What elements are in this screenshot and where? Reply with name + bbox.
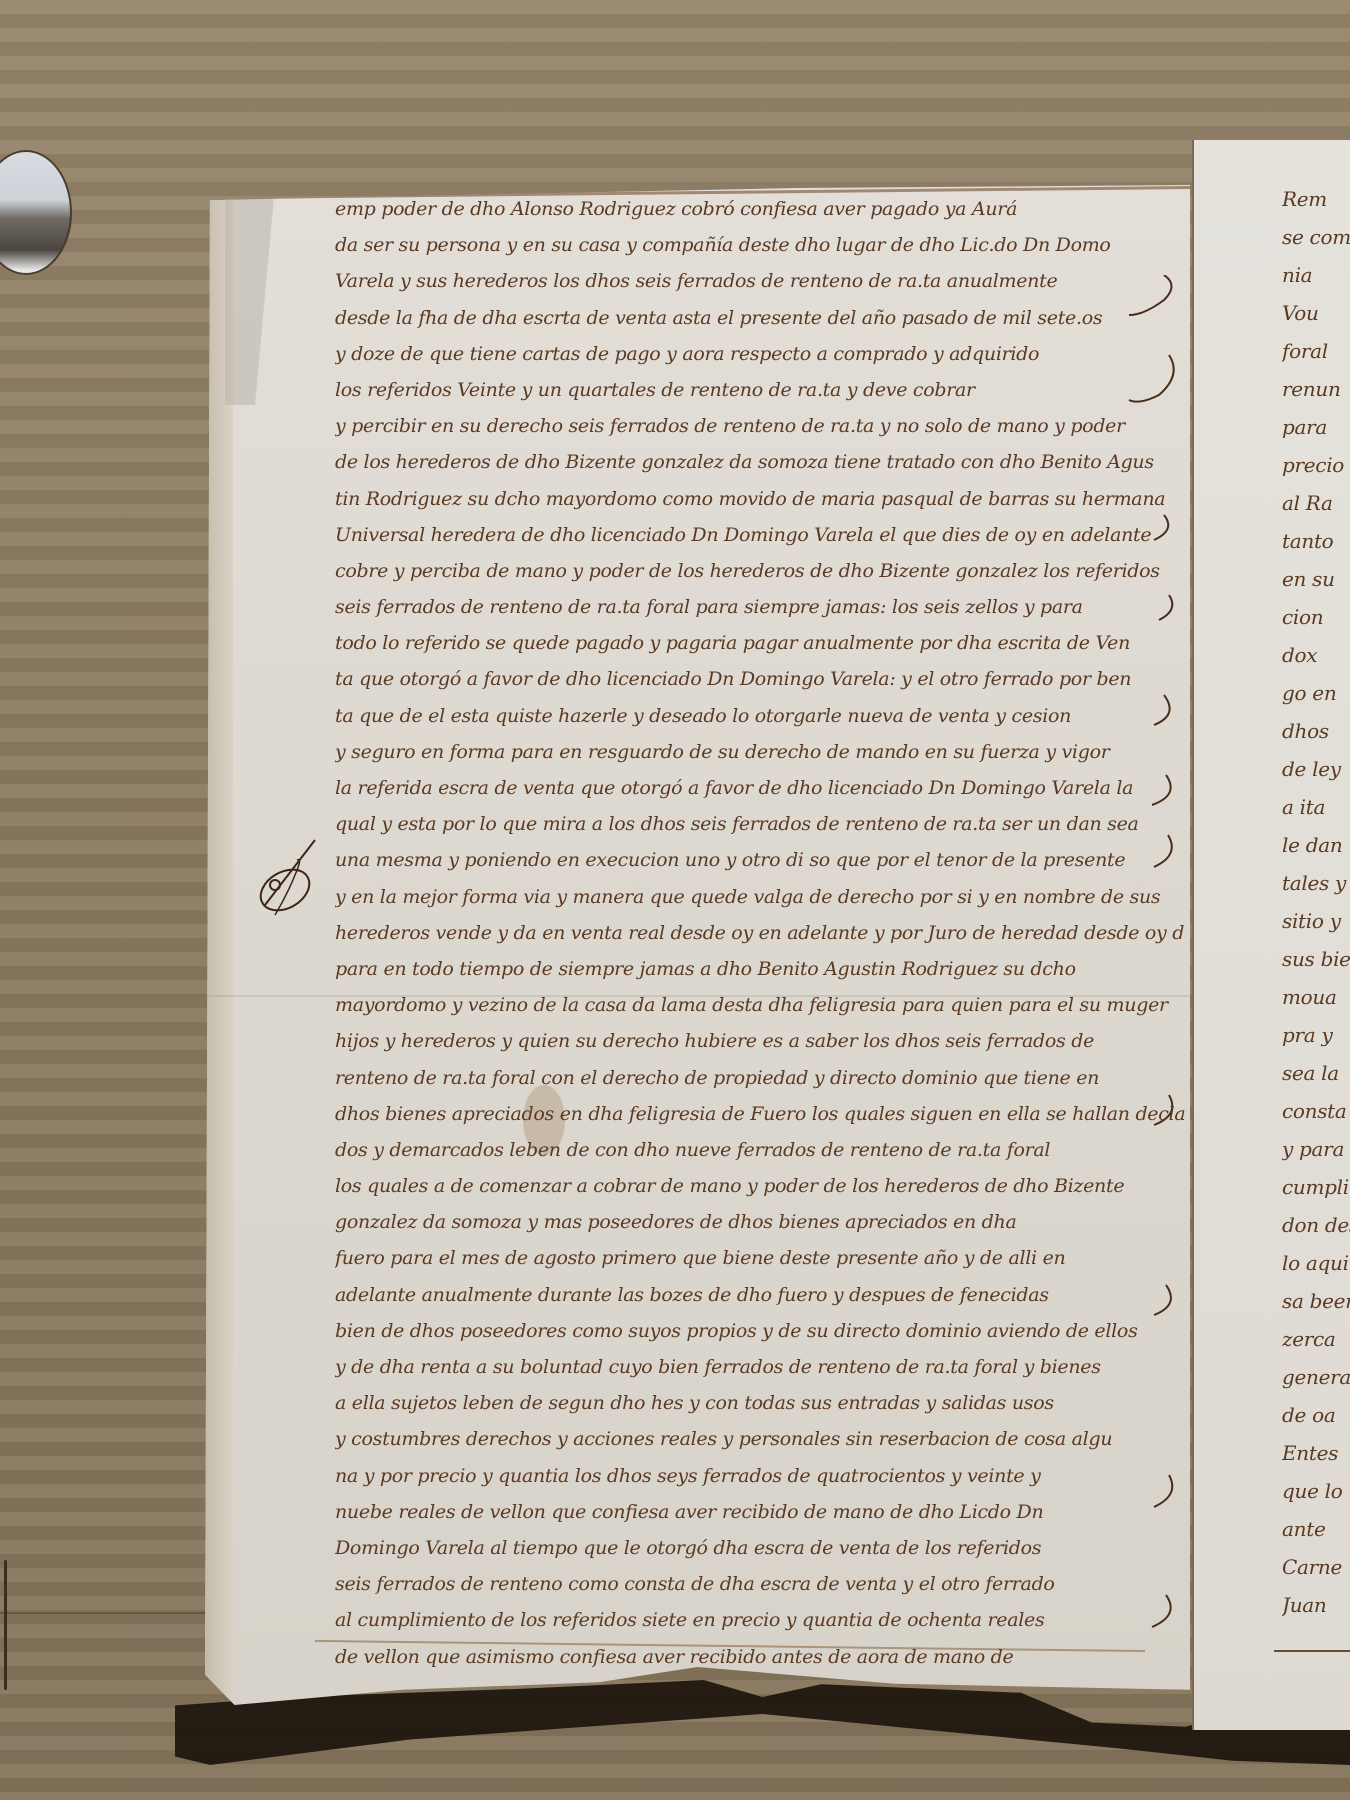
- manuscript-fragment: Entes: [1282, 1434, 1350, 1472]
- manuscript-line: y seguro en forma para en resguardo de s…: [335, 734, 1185, 770]
- manuscript-line: bien de dhos poseedores como suyos propi…: [335, 1313, 1185, 1349]
- manuscript-line: al cumplimiento de los referidos siete e…: [335, 1602, 1185, 1638]
- manuscript-line: nuebe reales de vellon que confiesa aver…: [335, 1494, 1185, 1530]
- manuscript-line: seis ferrados de renteno como consta de …: [335, 1566, 1185, 1602]
- manuscript-line: dos y demarcados leben de con dho nueve …: [335, 1132, 1185, 1168]
- manuscript-line: adelante anualmente durante las bozes de…: [335, 1277, 1185, 1313]
- cardboard-seam: [0, 1612, 240, 1614]
- manuscript-fragment: moua: [1282, 978, 1350, 1016]
- manuscript-line: y costumbres derechos y acciones reales …: [335, 1421, 1185, 1457]
- manuscript-fragment: renun: [1282, 370, 1350, 408]
- manuscript-line: de los herederos de dho Bizente gonzalez…: [335, 444, 1185, 480]
- manuscript-line: dhos bienes apreciados en dha feligresia…: [335, 1096, 1185, 1132]
- manuscript-fragment: tanto: [1282, 522, 1350, 560]
- manuscript-fragment: para: [1282, 408, 1350, 446]
- manuscript-line: los quales a de comenzar a cobrar de man…: [335, 1168, 1185, 1204]
- manuscript-line: todo lo referido se quede pagado y pagar…: [335, 625, 1185, 661]
- manuscript-line: Varela y sus herederos los dhos seis fer…: [335, 263, 1185, 299]
- manuscript-fragment: ante: [1282, 1510, 1350, 1548]
- manuscript-line: ta que de el esta quiste hazerle y desea…: [335, 698, 1185, 734]
- manuscript-line: seis ferrados de renteno de ra.ta foral …: [335, 589, 1185, 625]
- worn-left-edge: [205, 185, 233, 1705]
- manuscript-fragment: sea la: [1282, 1054, 1350, 1092]
- manuscript-fragment: precio: [1282, 446, 1350, 484]
- manuscript-page-main: emp poder de dho Alonso Rodriguez cobró …: [205, 185, 1190, 1705]
- manuscript-fragment: don deso: [1282, 1206, 1350, 1244]
- manuscript-line: tin Rodriguez su dcho mayordomo como mov…: [335, 481, 1185, 517]
- manuscript-line: a ella sujetos leben de segun dho hes y …: [335, 1385, 1185, 1421]
- manuscript-fragment: lo aqui: [1282, 1244, 1350, 1282]
- manuscript-fragment: Carne: [1282, 1548, 1350, 1586]
- manuscript-fragment: sitio y: [1282, 902, 1350, 940]
- manuscript-fragment: dhos: [1282, 712, 1350, 750]
- manuscript-line: y en la mejor forma via y manera que que…: [335, 879, 1185, 915]
- manuscript-line: qual y esta por lo que mira a los dhos s…: [335, 806, 1185, 842]
- manuscript-line: y doze de que tiene cartas de pago y aor…: [335, 336, 1185, 372]
- manuscript-fragment: cion: [1282, 598, 1350, 636]
- manuscript-fragment: genera: [1282, 1358, 1350, 1396]
- manuscript-line: una mesma y poniendo en execucion uno y …: [335, 842, 1185, 878]
- worn-top-corner: [225, 185, 275, 405]
- manuscript-fragment: Rem: [1282, 180, 1350, 218]
- manuscript-line: herederos vende y da en venta real desde…: [335, 915, 1185, 951]
- manuscript-line: gonzalez da somoza y mas poseedores de d…: [335, 1204, 1185, 1240]
- manuscript-fragment: Juan: [1282, 1586, 1350, 1624]
- manuscript-line: desde la fha de dha escrta de venta asta…: [335, 300, 1185, 336]
- manuscript-fragment: sa been: [1282, 1282, 1350, 1320]
- manuscript-fragment: sus bien: [1282, 940, 1350, 978]
- manuscript-line: de vellon que asimismo confiesa aver rec…: [335, 1639, 1185, 1675]
- manuscript-text: emp poder de dho Alonso Rodriguez cobró …: [335, 191, 1185, 1675]
- manuscript-line: para en todo tiempo de siempre jamas a d…: [335, 951, 1185, 987]
- manuscript-fragment: tales y: [1282, 864, 1350, 902]
- manuscript-line: cobre y perciba de mano y poder de los h…: [335, 553, 1185, 589]
- manuscript-fragment: en su: [1282, 560, 1350, 598]
- manuscript-fragment: le dan: [1282, 826, 1350, 864]
- manuscript-line: renteno de ra.ta foral con el derecho de…: [335, 1060, 1185, 1096]
- cardboard-cut: [4, 1560, 7, 1690]
- manuscript-fragment: go en: [1282, 674, 1350, 712]
- manuscript-fragment: consta: [1282, 1092, 1350, 1130]
- manuscript-line: la referida escra de venta que otorgó a …: [335, 770, 1185, 806]
- manuscript-fragment: foral: [1282, 332, 1350, 370]
- manuscript-line: ta que otorgó a favor de dho licenciado …: [335, 661, 1185, 697]
- margin-flourish-icon: [245, 835, 325, 925]
- manuscript-line: Domingo Varela al tiempo que le otorgó d…: [335, 1530, 1185, 1566]
- manuscript-fragment: dox: [1282, 636, 1350, 674]
- manuscript-line: y de dha renta a su boluntad cuyo bien f…: [335, 1349, 1185, 1385]
- manuscript-fragment: nia: [1282, 256, 1350, 294]
- manuscript-fragment: se comp: [1282, 218, 1350, 256]
- manuscript-line: y percibir en su derecho seis ferrados d…: [335, 408, 1185, 444]
- manuscript-line: mayordomo y vezino de la casa da lama de…: [335, 987, 1185, 1023]
- manuscript-fragment: al Ra: [1282, 484, 1350, 522]
- manuscript-line: fuero para el mes de agosto primero que …: [335, 1240, 1185, 1276]
- manuscript-fragment: que lo: [1282, 1472, 1350, 1510]
- manuscript-line: emp poder de dho Alonso Rodriguez cobró …: [335, 191, 1185, 227]
- cardboard-hole: [0, 150, 72, 275]
- manuscript-fragment: de ley: [1282, 750, 1350, 788]
- manuscript-line: hijos y herederos y quien su derecho hub…: [335, 1023, 1185, 1059]
- manuscript-line: na y por precio y quantia los dhos seys …: [335, 1458, 1185, 1494]
- manuscript-fragment: Vou: [1282, 294, 1350, 332]
- manuscript-line: da ser su persona y en su casa y compañí…: [335, 227, 1185, 263]
- closing-bracket-line: [1274, 1650, 1350, 1652]
- manuscript-fragment: cumpli: [1282, 1168, 1350, 1206]
- manuscript-line: Universal heredera de dho licenciado Dn …: [335, 517, 1185, 553]
- manuscript-fragment: zerca: [1282, 1320, 1350, 1358]
- manuscript-fragment: a ita: [1282, 788, 1350, 826]
- manuscript-fragment: y para: [1282, 1130, 1350, 1168]
- manuscript-fragment: de oa: [1282, 1396, 1350, 1434]
- manuscript-page-right: Rem se comp nia Vou foral renun para pre…: [1192, 140, 1350, 1730]
- right-page-text: Rem se comp nia Vou foral renun para pre…: [1282, 180, 1350, 1624]
- manuscript-fragment: pra y: [1282, 1016, 1350, 1054]
- manuscript-line: los referidos Veinte y un quartales de r…: [335, 372, 1185, 408]
